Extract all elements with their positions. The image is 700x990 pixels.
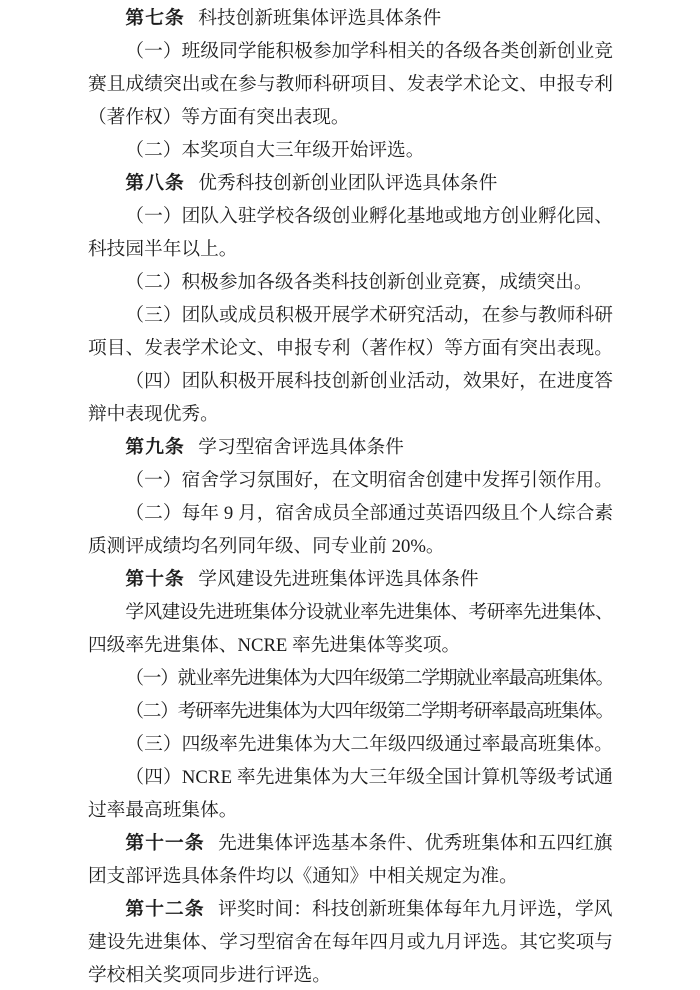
line-text: 赛且成绩突出或在参与教师科研项目、发表学术论文、申报专利 — [88, 74, 613, 95]
line-runs: （四）NCRE 率先进集体为大三年级全国计算机等级考试通 — [125, 761, 613, 794]
line-runs: （一）就业率先进集体为大四年级第二学期就业率最高班集体。 — [125, 662, 613, 695]
line-text: （四）团队积极开展科技创新创业活动，效果好，在进度答 — [125, 371, 613, 392]
line-runs: 建设先进集体、学习型宿舍在每年四月或九月评选。其它奖项与 — [88, 926, 613, 959]
article-number: 第十条 — [125, 569, 184, 590]
line-runs: （著作权）等方面有突出表现。 — [88, 101, 350, 134]
line-runs: （二）每年 9 月，宿舍成员全部通过英语四级且个人综合素 — [125, 497, 613, 530]
line-text: （一）就业率先进集体为大四年级第二学期就业率最高班集体。 — [125, 668, 613, 689]
line-runs: （三）团队或成员积极开展学术研究活动，在参与教师科研 — [125, 299, 613, 332]
line-text: 优秀科技创新创业团队评选具体条件 — [198, 173, 497, 194]
line-text: 先进集体评选基本条件、优秀班集体和五四红旗 — [218, 833, 613, 854]
line-runs: 辩中表现优秀。 — [88, 398, 219, 431]
text-line: （二）本奖项自大三年级开始评选。 — [88, 134, 613, 167]
text-line: 第十条学风建设先进班集体评选具体条件 — [88, 563, 613, 596]
text-line: 质测评成绩均名列同年级、同专业前 20%。 — [88, 530, 613, 563]
text-line: （著作权）等方面有突出表现。 — [88, 101, 613, 134]
line-text: （二）本奖项自大三年级开始评选。 — [125, 140, 424, 161]
text-line: 第九条学习型宿舍评选具体条件 — [88, 431, 613, 464]
line-runs: （四）团队积极开展科技创新创业活动，效果好，在进度答 — [125, 365, 613, 398]
line-runs: 项目、发表学术论文、申报专利（著作权）等方面有突出表现。 — [88, 332, 613, 365]
line-runs: 过率最高班集体。 — [88, 794, 238, 827]
line-runs: （二）考研率先进集体为大四年级第二学期考研率最高班集体。 — [125, 695, 613, 728]
text-line: （二）每年 9 月，宿舍成员全部通过英语四级且个人综合素 — [88, 497, 613, 530]
article-number: 第十二条 — [125, 899, 204, 920]
text-line: 建设先进集体、学习型宿舍在每年四月或九月评选。其它奖项与 — [88, 926, 613, 959]
line-runs: 第八条优秀科技创新创业团队评选具体条件 — [125, 167, 497, 200]
text-line: （二）考研率先进集体为大四年级第二学期考研率最高班集体。 — [88, 695, 613, 728]
text-line: 过率最高班集体。 — [88, 794, 613, 827]
line-text: 学习型宿舍评选具体条件 — [198, 437, 404, 458]
text-line: （一）团队入驻学校各级创业孵化基地或地方创业孵化园、 — [88, 200, 613, 233]
line-runs: 第十二条评奖时间：科技创新班集体每年九月评选，学风 — [125, 893, 612, 926]
line-runs: 第九条学习型宿舍评选具体条件 — [125, 431, 403, 464]
text-line: （三）四级率先进集体为大二年级四级通过率最高班集体。 — [88, 728, 613, 761]
line-text: 学风建设先进班集体评选具体条件 — [198, 569, 478, 590]
line-text: 建设先进集体、学习型宿舍在每年四月或九月评选。其它奖项与 — [88, 932, 613, 953]
line-text: 四级率先进集体、NCRE 率先进集体等奖项。 — [88, 635, 460, 656]
text-line: （二）积极参加各级各类科技创新创业竞赛，成绩突出。 — [88, 266, 613, 299]
line-text: 质测评成绩均名列同年级、同专业前 20%。 — [88, 536, 445, 557]
line-text: 学风建设先进班集体分设就业率先进集体、考研率先进集体、 — [125, 602, 613, 623]
line-runs: （二）积极参加各级各类科技创新创业竞赛，成绩突出。 — [125, 266, 592, 299]
line-text: （三）四级率先进集体为大二年级四级通过率最高班集体。 — [125, 734, 613, 755]
text-line: 辩中表现优秀。 — [88, 398, 613, 431]
text-line: 第十一条先进集体评选基本条件、优秀班集体和五四红旗 — [88, 827, 613, 860]
line-text: （三）团队或成员积极开展学术研究活动，在参与教师科研 — [125, 305, 613, 326]
line-runs: （一）班级同学能积极参加学科相关的各级各类创新创业竞 — [125, 35, 613, 68]
line-text: （著作权）等方面有突出表现。 — [88, 107, 350, 128]
line-runs: （一）宿舍学习氛围好，在文明宿舍创建中发挥引领作用。 — [125, 464, 613, 497]
line-text: 评奖时间：科技创新班集体每年九月评选，学风 — [218, 899, 613, 920]
line-runs: 科技园半年以上。 — [88, 233, 238, 266]
line-runs: 第十条学风建设先进班集体评选具体条件 — [125, 563, 478, 596]
text-line: （三）团队或成员积极开展学术研究活动，在参与教师科研 — [88, 299, 613, 332]
article-number: 第十一条 — [125, 833, 204, 854]
text-line: （一）就业率先进集体为大四年级第二学期就业率最高班集体。 — [88, 662, 613, 695]
text-line: 科技园半年以上。 — [88, 233, 613, 266]
text-line: 第八条优秀科技创新创业团队评选具体条件 — [88, 167, 613, 200]
line-text: 团支部评选具体条件均以《通知》中相关规定为准。 — [88, 866, 518, 887]
document-body: 第七条科技创新班集体评选具体条件 （一）班级同学能积极参加学科相关的各级各类创新… — [88, 2, 613, 990]
line-runs: 第七条科技创新班集体评选具体条件 — [125, 2, 441, 35]
line-text: （二）积极参加各级各类科技创新创业竞赛，成绩突出。 — [125, 272, 592, 293]
line-runs: 学风建设先进班集体分设就业率先进集体、考研率先进集体、 — [125, 596, 613, 629]
line-text: （一）团队入驻学校各级创业孵化基地或地方创业孵化园、 — [125, 206, 613, 227]
text-line: 项目、发表学术论文、申报专利（著作权）等方面有突出表现。 — [88, 332, 613, 365]
text-line: 赛且成绩突出或在参与教师科研项目、发表学术论文、申报专利 — [88, 68, 613, 101]
line-text: 科技创新班集体评选具体条件 — [198, 8, 441, 29]
line-runs: 赛且成绩突出或在参与教师科研项目、发表学术论文、申报专利 — [88, 68, 613, 101]
text-line: 学风建设先进班集体分设就业率先进集体、考研率先进集体、 — [88, 596, 613, 629]
line-text: 过率最高班集体。 — [88, 800, 238, 821]
line-runs: （一）团队入驻学校各级创业孵化基地或地方创业孵化园、 — [125, 200, 613, 233]
text-line: 团支部评选具体条件均以《通知》中相关规定为准。 — [88, 860, 613, 893]
text-line: 第十二条评奖时间：科技创新班集体每年九月评选，学风 — [88, 893, 613, 926]
text-line: （一）班级同学能积极参加学科相关的各级各类创新创业竞 — [88, 35, 613, 68]
line-text: 项目、发表学术论文、申报专利（著作权）等方面有突出表现。 — [88, 338, 613, 359]
line-runs: 团支部评选具体条件均以《通知》中相关规定为准。 — [88, 860, 518, 893]
line-text: 科技园半年以上。 — [88, 239, 238, 260]
article-number: 第九条 — [125, 437, 184, 458]
line-runs: （二）本奖项自大三年级开始评选。 — [125, 134, 424, 167]
line-text: 辩中表现优秀。 — [88, 404, 219, 425]
line-text: （二）每年 9 月，宿舍成员全部通过英语四级且个人综合素 — [125, 503, 613, 524]
line-text: （一）班级同学能积极参加学科相关的各级各类创新创业竞 — [125, 41, 613, 62]
text-line: （四）NCRE 率先进集体为大三年级全国计算机等级考试通 — [88, 761, 613, 794]
text-line: 四级率先进集体、NCRE 率先进集体等奖项。 — [88, 629, 613, 662]
line-runs: （三）四级率先进集体为大二年级四级通过率最高班集体。 — [125, 728, 613, 761]
text-line: （四）团队积极开展科技创新创业活动，效果好，在进度答 — [88, 365, 613, 398]
line-runs: 四级率先进集体、NCRE 率先进集体等奖项。 — [88, 629, 460, 662]
line-text: （四）NCRE 率先进集体为大三年级全国计算机等级考试通 — [125, 767, 613, 788]
document-page: 第七条科技创新班集体评选具体条件 （一）班级同学能积极参加学科相关的各级各类创新… — [0, 0, 700, 990]
line-runs: 质测评成绩均名列同年级、同专业前 20%。 — [88, 530, 445, 563]
line-text: 学校相关奖项同步进行评选。 — [88, 965, 331, 986]
text-line: （一）宿舍学习氛围好，在文明宿舍创建中发挥引领作用。 — [88, 464, 613, 497]
line-runs: 学校相关奖项同步进行评选。 — [88, 959, 331, 990]
text-line: 学校相关奖项同步进行评选。 — [88, 959, 613, 990]
article-number: 第七条 — [125, 8, 184, 29]
line-runs: 第十一条先进集体评选基本条件、优秀班集体和五四红旗 — [125, 827, 612, 860]
line-text: （一）宿舍学习氛围好，在文明宿舍创建中发挥引领作用。 — [125, 470, 613, 491]
line-text: （二）考研率先进集体为大四年级第二学期考研率最高班集体。 — [125, 701, 613, 722]
text-line: 第七条科技创新班集体评选具体条件 — [88, 2, 613, 35]
article-number: 第八条 — [125, 173, 184, 194]
